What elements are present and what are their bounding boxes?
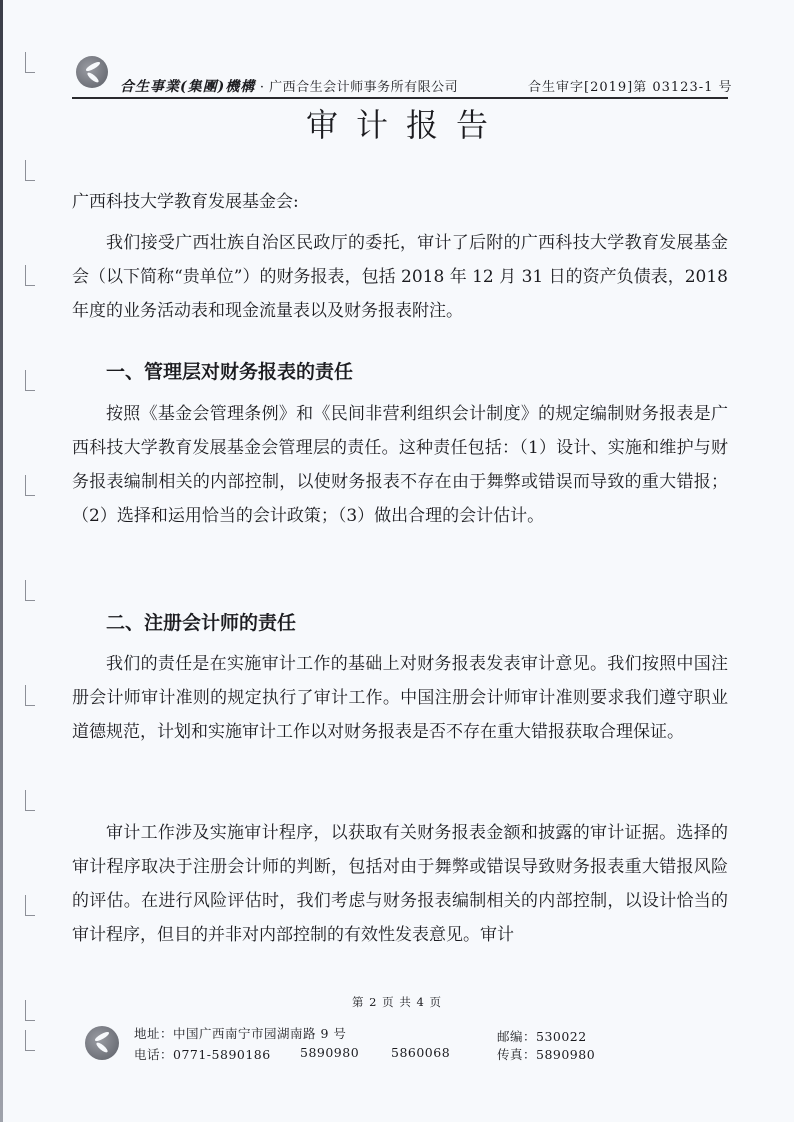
document-number: 合生审字[2019]第 03123-1 号 <box>528 76 733 95</box>
binding-mark <box>25 160 35 181</box>
footer-phone-3: 5860068 <box>391 1045 450 1060</box>
binding-mark <box>25 265 35 286</box>
firm-name: 广西合生会计师事务所有限公司 <box>269 80 458 95</box>
footer-fax: 传真：5890980 <box>497 1045 595 1063</box>
firm-script-name: 合生事業(集團)機構 <box>120 79 255 95</box>
section-paragraph: 审计工作涉及实施审计程序，以获取有关财务报表金额和披露的审计证据。选择的审计程序… <box>72 816 728 952</box>
header-divider <box>72 97 728 99</box>
section-heading-management: 一、管理层对财务报表的责任 <box>106 357 353 384</box>
firm-header: 合生事業(集團)機構 · 广西合生会计师事务所有限公司 <box>120 76 458 96</box>
page-title: 审计报告 <box>0 100 794 146</box>
binding-mark <box>25 685 35 706</box>
footer-logo-icon <box>85 1026 119 1060</box>
binding-mark <box>25 895 35 916</box>
firm-logo-icon <box>76 56 108 88</box>
section-heading-cpa: 二、注册会计师的责任 <box>106 608 296 635</box>
footer-address: 地址：中国广西南宁市园湖南路 9 号 <box>134 1024 346 1042</box>
binding-mark <box>25 1030 35 1051</box>
binding-mark <box>25 52 35 73</box>
page-number: 第 2 页 共 4 页 <box>0 994 794 1010</box>
intro-paragraph: 我们接受广西壮族自治区民政厅的委托，审计了后附的广西科技大学教育发展基金会（以下… <box>72 226 728 328</box>
binding-mark <box>25 370 35 391</box>
binding-mark <box>25 580 35 601</box>
footer-phone: 电话：0771-5890186 <box>134 1045 271 1063</box>
addressee: 广西科技大学教育发展基金会: <box>72 187 299 212</box>
scan-edge-shadow <box>0 0 3 1122</box>
footer-postcode: 邮编：530022 <box>497 1027 587 1045</box>
section-paragraph: 我们的责任是在实施审计工作的基础上对财务报表发表审计意见。我们按照中国注册会计师… <box>72 647 728 749</box>
footer-phone-2: 5890980 <box>300 1045 359 1060</box>
binding-mark <box>25 475 35 496</box>
firm-separator: · <box>260 80 265 95</box>
section-paragraph: 按照《基金会管理条例》和《民间非营利组织会计制度》的规定编制财务报表是广西科技大… <box>72 397 728 533</box>
binding-mark <box>25 790 35 811</box>
